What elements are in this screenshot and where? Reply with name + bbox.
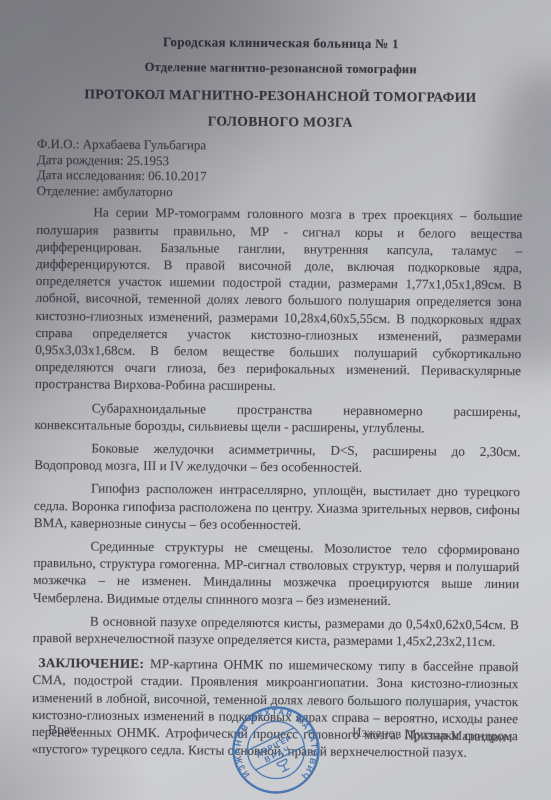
report-paragraph-ventricles: Боковые желудочки асимметричны, D<S, рас… (34, 439, 520, 478)
report-body: На серии МР-томограмм головного мозга в … (32, 203, 523, 761)
mri-report: Городская клиническая больница № 1 Отдел… (32, 33, 524, 768)
report-paragraph-sinuses: В основной пазухе определяются кисты, ра… (33, 612, 519, 651)
hospital-name: Городская клиническая больница № 1 (38, 33, 524, 53)
protocol-title: ПРОТОКОЛ МАГНИТНО-РЕЗОНАНСНОЙ ТОМОГРАФИИ (37, 86, 523, 106)
department-name: Отделение магнитно-резонансной томографи… (38, 59, 524, 78)
conclusion-label: ЗАКЛЮЧЕНИЕ: (38, 655, 144, 671)
patient-department-line: Отделение: амбулаторно (37, 183, 523, 203)
doctor-label: Врач (48, 722, 76, 738)
report-paragraph-pituitary: Гипофиз расположен интраселлярно, уплощё… (34, 479, 520, 535)
report-paragraph-subarachnoid: Субарахноидальные пространства неравноме… (35, 399, 521, 438)
report-paragraph-midline: Срединные структуры не смещены. Мозолист… (33, 537, 520, 610)
patient-info-block: Ф.И.О.: Архабаева Гульбагира Дата рожден… (37, 136, 524, 203)
protocol-subtitle: ГОЛОВНОГО МОЗГА (37, 112, 523, 132)
doctor-stamp: ИЗЖАНОВ МУХТАР МАРАТОВИЧ ДӘРІГЕР ВРАЧ (228, 702, 324, 798)
document-photo: Городская клиническая больница № 1 Отдел… (0, 0, 551, 800)
hygieia-bowl-icon (277, 759, 291, 773)
report-paragraph-findings: На серии МР-томограмм головного мозга в … (35, 203, 523, 396)
